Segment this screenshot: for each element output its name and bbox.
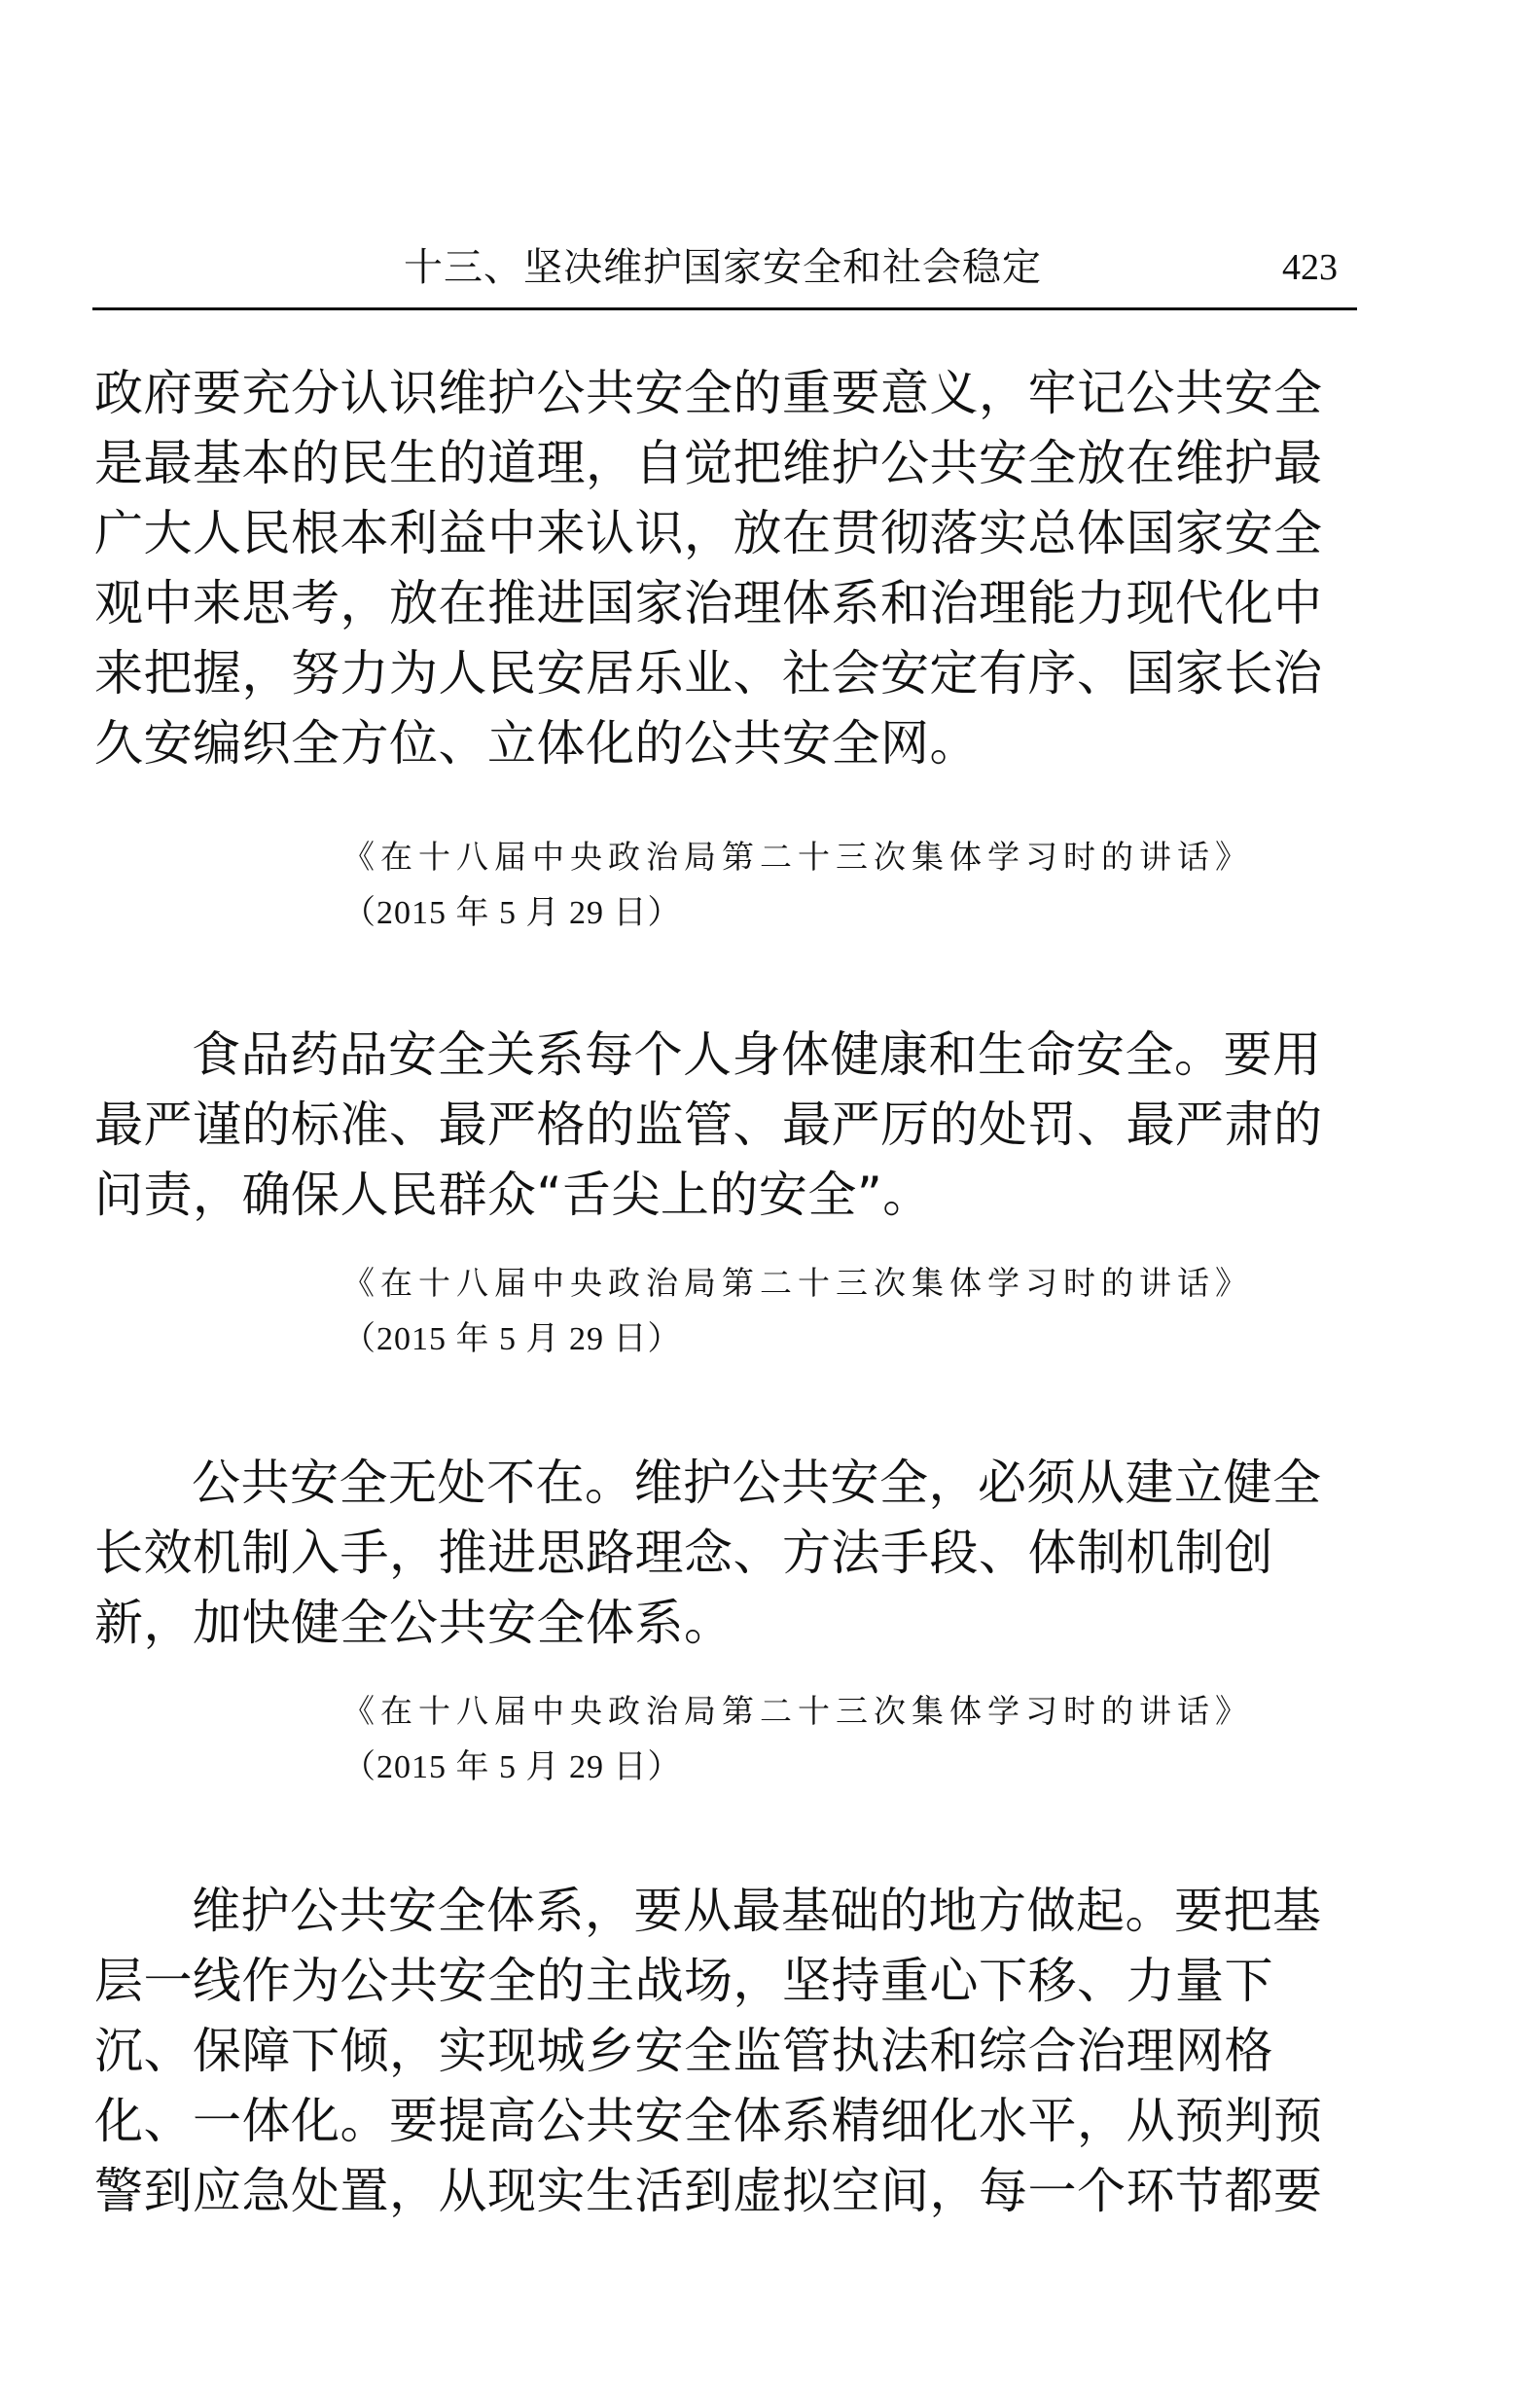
text-line: 问责，确保人民群众“舌尖上的安全”。 (94, 1160, 1359, 1230)
text-line: 观中来思考，放在推进国家治理体系和治理能力现代化中 (94, 568, 1359, 638)
text-line: 食品药品安全关系每个人身体健康和生命安全。要用 (94, 1020, 1359, 1090)
chapter-title: 十三、坚决维护国家安全和社会稳定 (404, 238, 1042, 297)
text-line: 广大人民根本利益中来认识，放在贯彻落实总体国家安全 (94, 498, 1359, 568)
text-line: 来把握，努力为人民安居乐业、社会安定有序、国家长治 (94, 638, 1359, 708)
text-line: 新，加快健全公共安全体系。 (94, 1588, 1359, 1658)
citation-date: （2015 年 5 月 29 日） (342, 885, 1364, 942)
citation-title: 《在十八届中央政治局第二十三次集体学习时的讲话》 (342, 1255, 1364, 1312)
header-rule (92, 307, 1357, 310)
text-line: 警到应急处置，从现实生活到虚拟空间，每一个环节都要 (94, 2156, 1359, 2226)
text-line: 化、一体化。要提高公共安全体系精细化水平，从预判预 (94, 2086, 1359, 2156)
text-line: 沉、保障下倾，实现城乡安全监管执法和综合治理网格 (94, 2016, 1359, 2086)
text-line: 最严谨的标准、最严格的监管、最严厉的处罚、最严肃的 (94, 1090, 1359, 1160)
running-header: 十三、坚决维护国家安全和社会稳定 423 (92, 238, 1357, 308)
paragraph-2: 食品药品安全关系每个人身体健康和生命安全。要用 最严谨的标准、最严格的监管、最严… (94, 1020, 1359, 1230)
citation-date: （2015 年 5 月 29 日） (342, 1312, 1364, 1368)
paragraph-1: 政府要充分认识维护公共安全的重要意义，牢记公共安全 是最基本的民生的道理，自觉把… (94, 358, 1359, 778)
citation-date: （2015 年 5 月 29 日） (342, 1740, 1364, 1796)
citation-3: 《在十八届中央政治局第二十三次集体学习时的讲话》 （2015 年 5 月 29 … (342, 1683, 1364, 1796)
page-number: 423 (1282, 238, 1338, 297)
citation-title: 《在十八届中央政治局第二十三次集体学习时的讲话》 (342, 1683, 1364, 1740)
paragraph-3: 公共安全无处不在。维护公共安全，必须从建立健全 长效机制入手，推进思路理念、方法… (94, 1448, 1359, 1658)
citation-title: 《在十八届中央政治局第二十三次集体学习时的讲话》 (342, 829, 1364, 885)
text-line: 长效机制入手，推进思路理念、方法手段、体制机制创 (94, 1518, 1359, 1588)
text-line: 政府要充分认识维护公共安全的重要意义，牢记公共安全 (94, 358, 1359, 428)
text-line: 公共安全无处不在。维护公共安全，必须从建立健全 (94, 1448, 1359, 1518)
citation-2: 《在十八届中央政治局第二十三次集体学习时的讲话》 （2015 年 5 月 29 … (342, 1255, 1364, 1368)
paragraph-4: 维护公共安全体系，要从最基础的地方做起。要把基 层一线作为公共安全的主战场，坚持… (94, 1876, 1359, 2226)
text-line: 层一线作为公共安全的主战场，坚持重心下移、力量下 (94, 1946, 1359, 2016)
text-line: 维护公共安全体系，要从最基础的地方做起。要把基 (94, 1876, 1359, 1946)
text-line: 是最基本的民生的道理，自觉把维护公共安全放在维护最 (94, 428, 1359, 498)
text-line: 久安编织全方位、立体化的公共安全网。 (94, 708, 1359, 778)
citation-1: 《在十八届中央政治局第二十三次集体学习时的讲话》 （2015 年 5 月 29 … (342, 829, 1364, 942)
